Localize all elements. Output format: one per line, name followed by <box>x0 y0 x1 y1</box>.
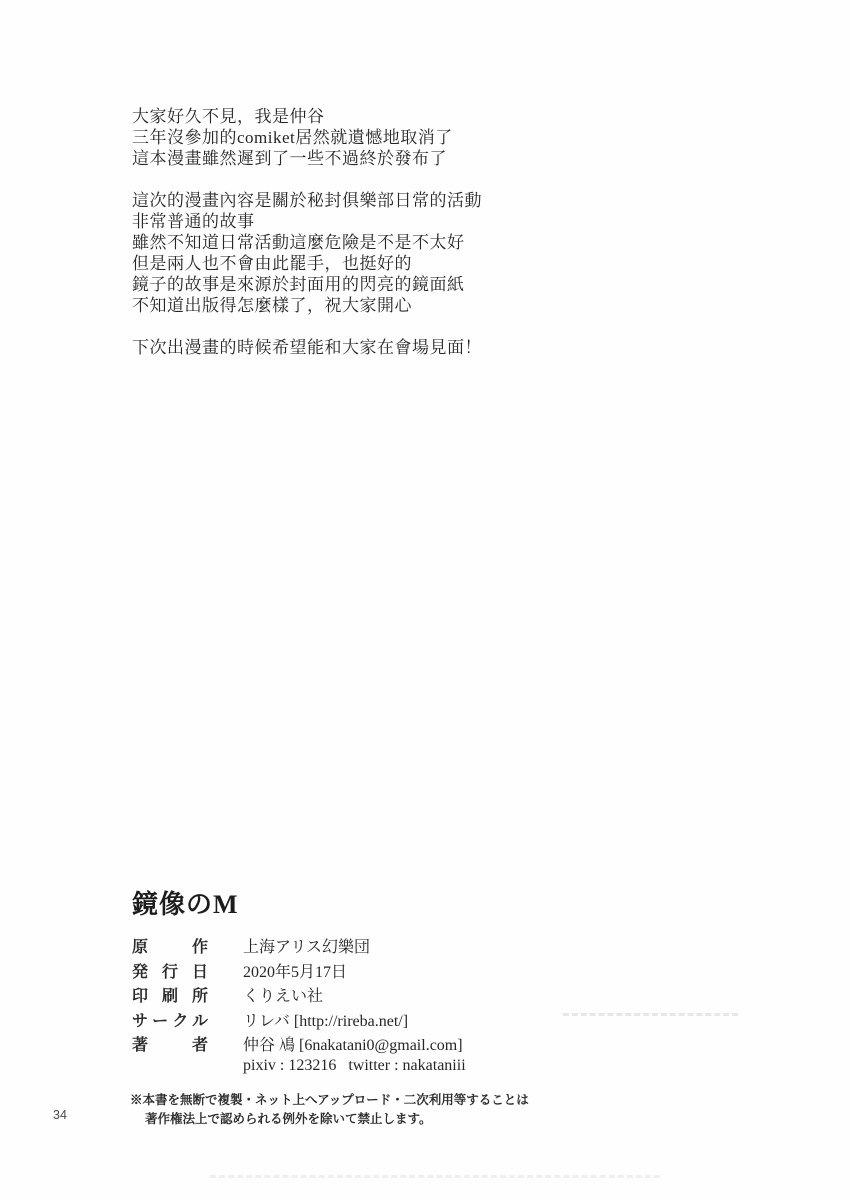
colophon-label: 発行日 <box>132 959 208 982</box>
colophon-row-original: 原作 上海アリス幻樂団 <box>132 934 612 959</box>
afterword-line: 鏡子的故事是來源於封面用的閃亮的鏡面紙 <box>132 274 482 295</box>
afterword-line: 但是兩人也不會由此罷手，也挺好的 <box>132 253 482 274</box>
afterword-line: 這本漫畫雖然遲到了一些不過終於發布了 <box>132 148 482 169</box>
afterword-line: 雖然不知道日常活動這麼危險是不是不太好 <box>132 232 482 253</box>
afterword-line-blank <box>132 316 482 337</box>
afterword-line: 三年沒參加的comiket居然就遺憾地取消了 <box>132 127 482 148</box>
page-number: 34 <box>53 1108 67 1122</box>
colophon-value-circle-url: リレバ [http://rireba.net/] <box>243 1008 408 1031</box>
colophon-value-original-work: 上海アリス幻樂団 <box>243 934 370 957</box>
book-title: 鏡像のM <box>132 884 612 921</box>
colophon-value-social-accounts: pixiv : 123216 twitter : nakataniii <box>243 1057 466 1075</box>
colophon-row-publish-date: 発行日 2020年5月17日 <box>132 959 612 984</box>
scan-artifact-line <box>563 1013 738 1016</box>
afterword-line-blank <box>132 169 482 190</box>
copyright-disclaimer: ※本書を無断で複製・ネット上へアップロード・二次利用等することは 著作権法上で認… <box>130 1091 529 1129</box>
colophon-label: 印刷所 <box>132 983 208 1006</box>
colophon-value-author-email: 仲谷 鳰 [6nakatani0@gmail.com] <box>243 1032 463 1055</box>
afterword-line: 不知道出版得怎麼樣了，祝大家開心 <box>132 295 482 316</box>
colophon-row-author: 著者 仲谷 鳰 [6nakatani0@gmail.com] <box>132 1032 612 1057</box>
disclaimer-line: ※本書を無断で複製・ネット上へアップロード・二次利用等することは <box>130 1091 529 1110</box>
afterword-line: 這次的漫畫內容是關於秘封俱樂部日常的活動 <box>132 190 482 211</box>
colophon-row-circle: サークル リレバ [http://rireba.net/] <box>132 1008 612 1033</box>
colophon-label: 著者 <box>132 1032 208 1055</box>
scanned-doujin-afterword-page: 大家好久不見，我是仲谷 三年沒參加的comiket居然就遺憾地取消了 這本漫畫雖… <box>0 0 850 1200</box>
colophon-row-social: pixiv : 123216 twitter : nakataniii <box>132 1057 612 1082</box>
afterword-text: 大家好久不見，我是仲谷 三年沒參加的comiket居然就遺憾地取消了 這本漫畫雖… <box>132 106 482 358</box>
afterword-line: 非常普通的故事 <box>132 211 482 232</box>
afterword-line: 大家好久不見，我是仲谷 <box>132 106 482 127</box>
afterword-line: 下次出漫畫的時候希望能和大家在會場見面！ <box>132 337 482 358</box>
colophon-value-publish-date: 2020年5月17日 <box>243 959 347 982</box>
scan-artifact-line <box>210 1175 660 1178</box>
colophon-label: サークル <box>132 1008 208 1031</box>
colophon-label: 原作 <box>132 934 208 957</box>
disclaimer-line: 著作権法上で認められる例外を除いて禁止します。 <box>145 1110 529 1129</box>
colophon-value-printer: くりえい社 <box>243 983 323 1006</box>
colophon: 鏡像のM 原作 上海アリス幻樂団 発行日 2020年5月17日 印刷所 くりえい… <box>132 884 612 1081</box>
colophon-row-printer: 印刷所 くりえい社 <box>132 983 612 1008</box>
